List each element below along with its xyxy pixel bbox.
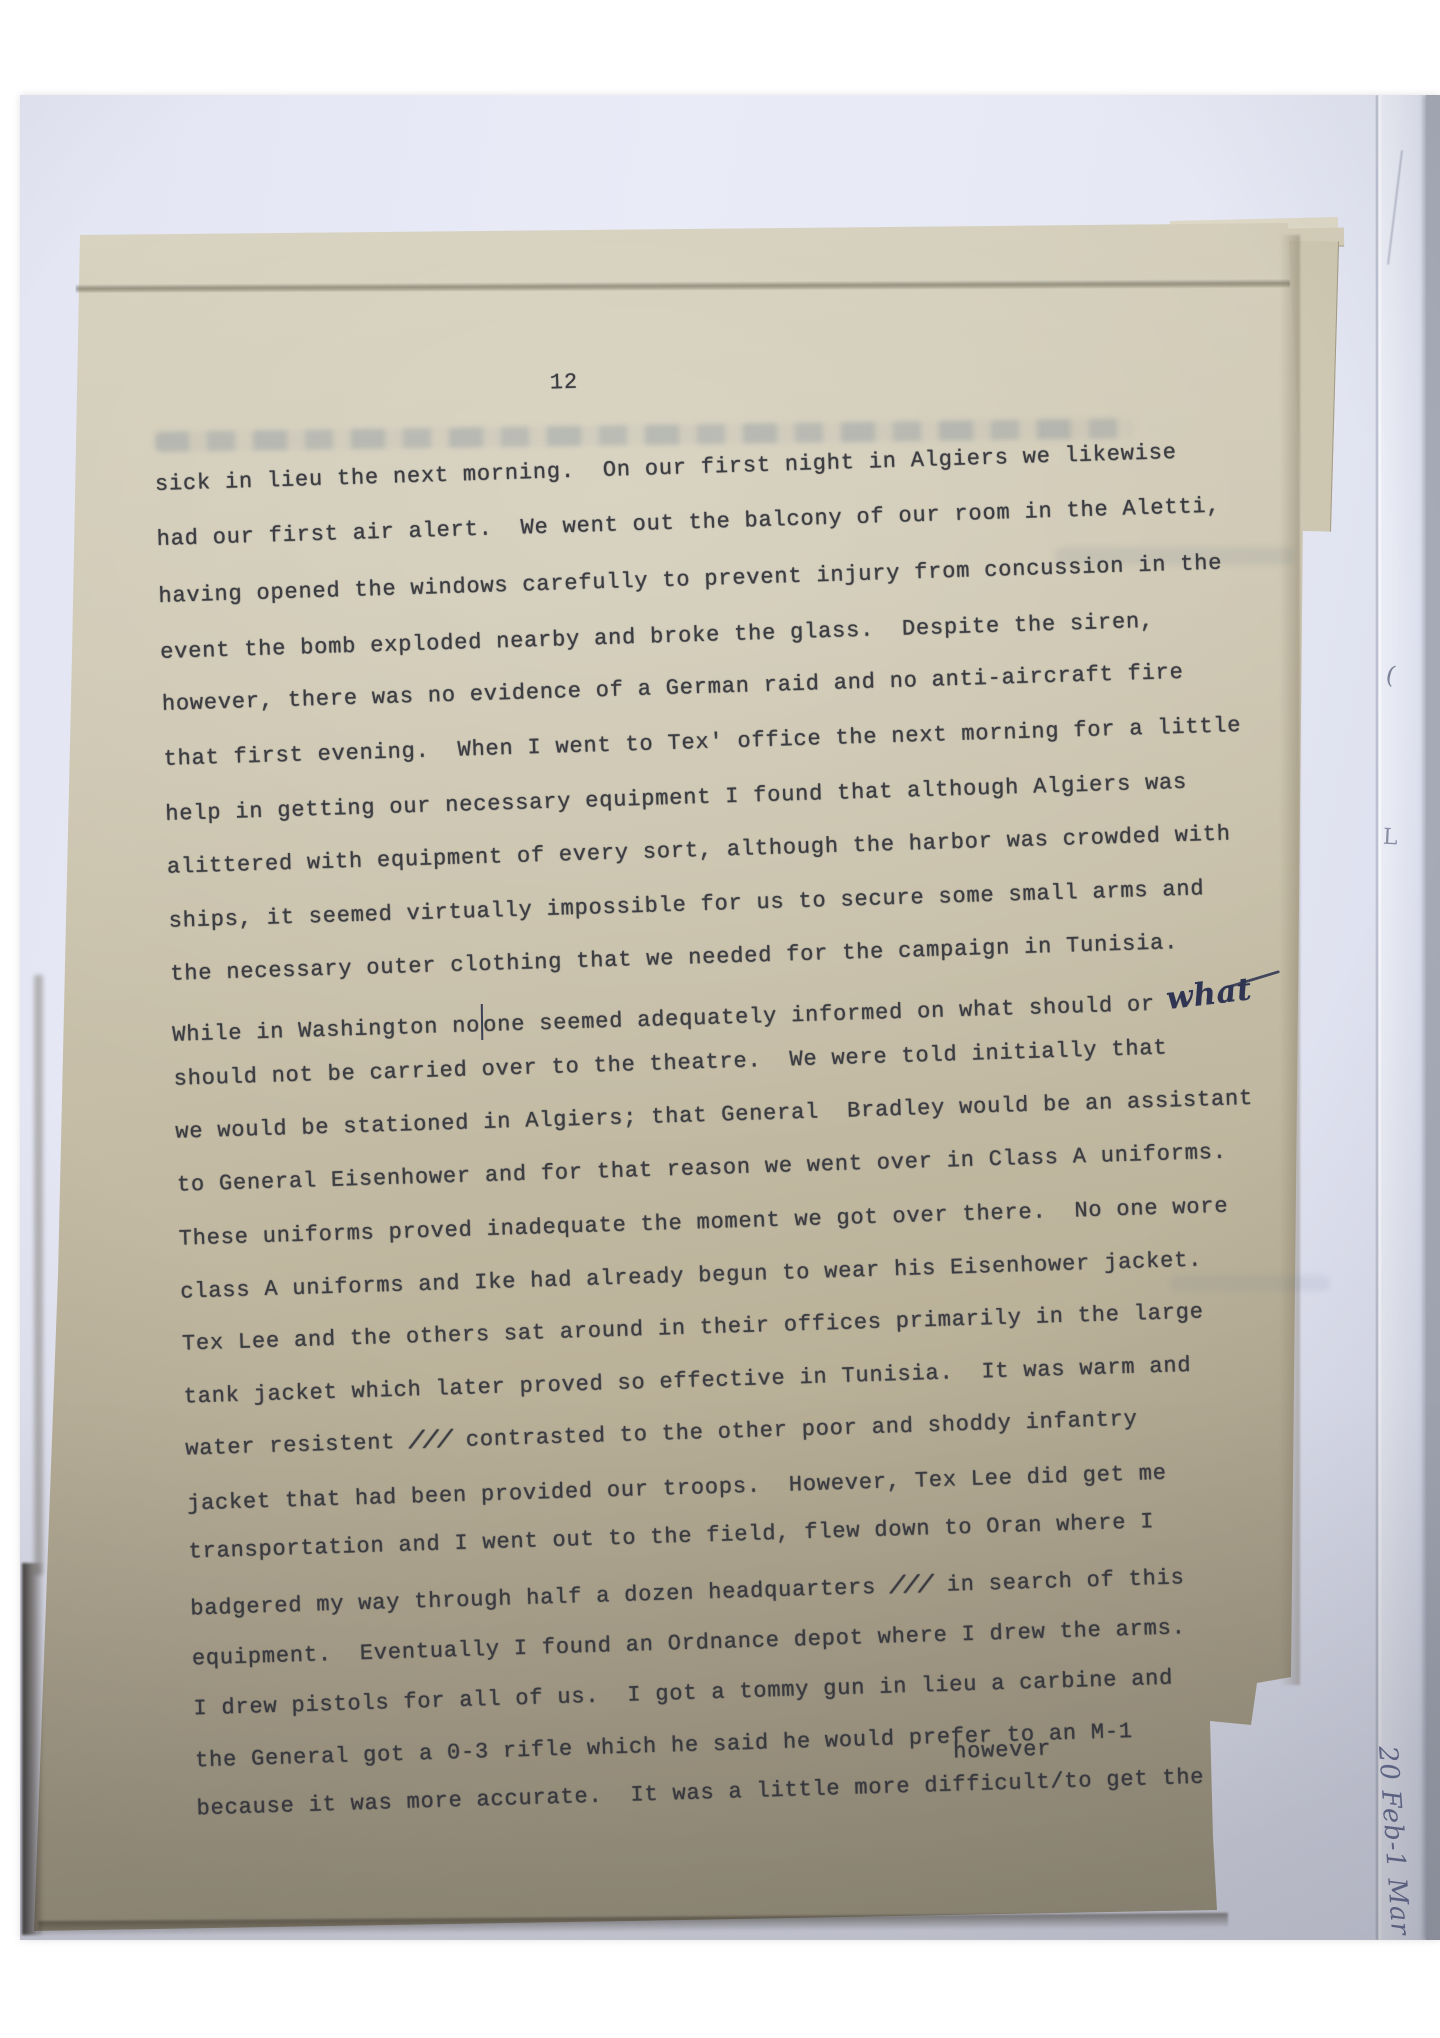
page-left-edge-shadow: [22, 1563, 44, 1935]
typed-text: class A uniforms and Ike had already beg…: [180, 1248, 1202, 1305]
typed-text: the necessary outer clothing that we nee…: [170, 930, 1178, 987]
typed-text: I drew pistols for all of us. I got a to…: [193, 1666, 1173, 1722]
typed-text: to General Eisenhower and for that reaso…: [177, 1140, 1227, 1198]
typed-text: Tex Lee and the others sat around in the…: [182, 1299, 1204, 1356]
typed-text: transportation and I went out to the fie…: [188, 1509, 1154, 1564]
typed-text: had our first air alert. We went out the…: [156, 494, 1220, 552]
typed-text: equipment. Eventually I found an Ordnanc…: [191, 1615, 1185, 1671]
typed-strikeover: ///: [885, 1569, 937, 1604]
photo-of-typewritten-page: 12 sick in lieu the next morning. On our…: [0, 0, 1440, 2038]
typed-line: sick in lieu the next morning. On our fi…: [155, 438, 1178, 500]
typed-line: however, there was no evidence of a Germ…: [161, 658, 1184, 720]
handwritten-what: what: [1165, 971, 1254, 1017]
typed-line: because it was more accurate. It was a l…: [196, 1763, 1205, 1825]
typed-text: badgered my way through half a dozen hea…: [190, 1574, 891, 1621]
typed-line: event the bomb exploded nearby and broke…: [160, 607, 1155, 668]
typed-text: because it was more accurate. It was a l…: [196, 1765, 1204, 1822]
typed-text: jacket that had been provided our troops…: [187, 1461, 1167, 1517]
typed-text: alittered with equipment of every sort, …: [167, 821, 1231, 879]
typed-text: event the bomb exploded nearby and broke…: [160, 609, 1154, 665]
typed-line: tank jacket which later proved so effect…: [183, 1351, 1192, 1413]
typed-line: had our first air alert. We went out the…: [156, 492, 1221, 555]
photo-area: 12 sick in lieu the next morning. On our…: [20, 95, 1440, 1940]
typed-line: having opened the windows carefully to p…: [158, 549, 1223, 612]
typed-text-layer: 12 sick in lieu the next morning. On our…: [20, 95, 1440, 1940]
margin-date-text: 20 Feb-1 Mar: [1372, 1745, 1415, 1937]
typed-line: Tex Lee and the others sat around in the…: [182, 1297, 1205, 1359]
typed-text: however, there was no evidence of a Germ…: [162, 660, 1184, 717]
typed-text: These uniforms proved inadequate the mom…: [178, 1194, 1228, 1252]
typed-line: class A uniforms and Ike had already beg…: [180, 1246, 1203, 1308]
typed-line: to General Eisenhower and for that reaso…: [177, 1138, 1228, 1201]
typed-line: we would be stationed in Algiers; that G…: [175, 1084, 1254, 1148]
typed-line: I drew pistols for all of us. I got a to…: [193, 1664, 1174, 1725]
typed-line: badgered my way through half a dozen hea…: [190, 1563, 1185, 1624]
typed-line: equipment. Eventually I found an Ordnanc…: [191, 1613, 1186, 1674]
typed-text: sick in lieu the next morning. On our fi…: [155, 440, 1177, 497]
page-number: 12: [529, 369, 600, 397]
typed-text: having opened the windows carefully to p…: [158, 551, 1222, 609]
typed-line: that first evening. When I went to Tex' …: [163, 711, 1242, 775]
typed-line: transportation and I went out to the fie…: [188, 1507, 1155, 1567]
typed-text: While in Washington no: [172, 1013, 481, 1048]
typed-strikeover: ///: [404, 1424, 456, 1459]
typed-line: alittered with equipment of every sort, …: [167, 819, 1232, 882]
typed-insertion-however: however: [953, 1734, 1052, 1767]
pencil-l-mark: L: [1382, 825, 1398, 851]
typed-text: tank jacket which later proved so effect…: [183, 1353, 1191, 1410]
typed-line: water resistent /// contrasted to the ot…: [185, 1405, 1138, 1465]
typed-text: we would be stationed in Algiers; that G…: [175, 1086, 1253, 1145]
typed-text: contrasted to the other poor and shoddy …: [451, 1407, 1138, 1454]
typed-text: help in getting our necessary equipment …: [165, 770, 1187, 827]
margin-date-note: 20 Feb-1 Mar: [1372, 1747, 1432, 1940]
typed-line: These uniforms proved inadequate the mom…: [178, 1192, 1229, 1255]
typed-text: in search of this: [932, 1565, 1185, 1598]
typed-text: one seemed adequately informed on what s…: [483, 992, 1156, 1038]
typed-text: that first evening. When I went to Tex' …: [163, 713, 1241, 772]
typed-text: water resistent: [185, 1429, 410, 1461]
typed-line: help in getting our necessary equipment …: [165, 768, 1188, 830]
typed-text: ships, it seemed virtually impossible fo…: [168, 876, 1204, 934]
typed-line: ships, it seemed virtually impossible fo…: [168, 874, 1205, 937]
insertion-caret-mark: [481, 1004, 484, 1040]
typed-line: the necessary outer clothing that we nee…: [170, 928, 1179, 990]
